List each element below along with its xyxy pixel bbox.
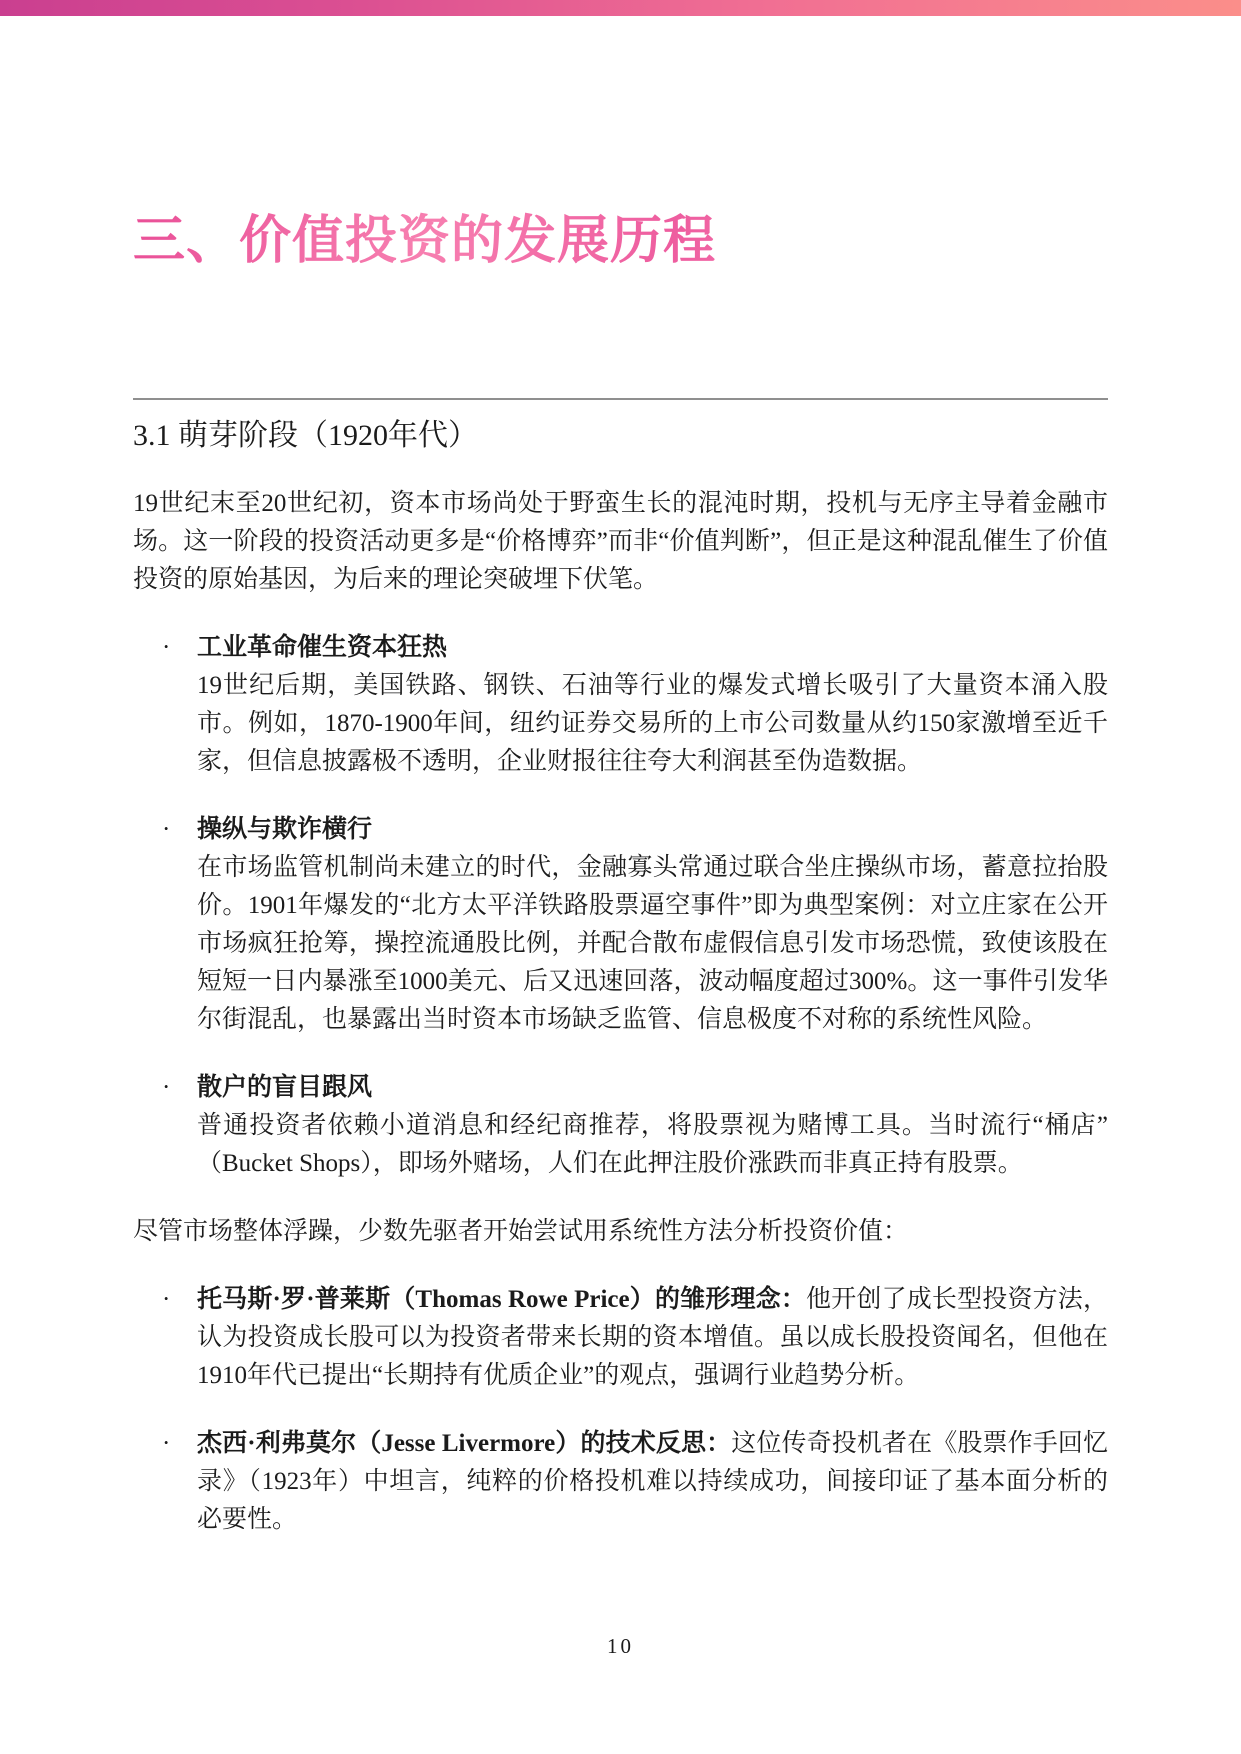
- bullet-marker: ·: [133, 1425, 197, 1539]
- pioneer-paragraph: 托马斯·罗·普莱斯（Thomas Rowe Price）的雏形理念：他开创了成长…: [197, 1281, 1108, 1395]
- list-item: · 托马斯·罗·普莱斯（Thomas Rowe Price）的雏形理念：他开创了…: [133, 1281, 1108, 1395]
- pioneer-name-lead: 托马斯·罗·普莱斯（Thomas Rowe Price）的雏形理念：: [197, 1286, 806, 1313]
- chapter-title: 三、价值投资的发展历程: [133, 212, 1108, 272]
- pioneer-name-lead: 杰西·利弗莫尔（Jesse Livermore）的技术反思：: [197, 1430, 731, 1457]
- list-item-content: 工业革命催生资本狂热 19世纪后期，美国铁路、钢铁、石油等行业的爆发式增长吸引了…: [197, 629, 1108, 781]
- bullet-marker: ·: [133, 811, 197, 1039]
- list-item-title: 散户的盲目跟风: [197, 1069, 1108, 1107]
- list-item-title: 操纵与欺诈横行: [197, 811, 1108, 849]
- list-item: · 工业革命催生资本狂热 19世纪后期，美国铁路、钢铁、石油等行业的爆发式增长吸…: [133, 629, 1108, 781]
- list-item-body: 普通投资者依赖小道消息和经纪商推荐，将股票视为赌博工具。当时流行“桶店”（Buc…: [197, 1107, 1108, 1183]
- list-item-content: 操纵与欺诈横行 在市场监管机制尚未建立的时代，金融寡头常通过联合坐庄操纵市场，蓄…: [197, 811, 1108, 1039]
- bullet-marker: ·: [133, 1281, 197, 1395]
- intro-paragraph: 19世纪末至20世纪初，资本市场尚处于野蛮生长的混沌时期，投机与无序主导着金融市…: [133, 485, 1108, 599]
- bullet-marker: ·: [133, 629, 197, 781]
- list-item-content: 托马斯·罗·普莱斯（Thomas Rowe Price）的雏形理念：他开创了成长…: [197, 1281, 1108, 1395]
- pioneer-paragraph: 杰西·利弗莫尔（Jesse Livermore）的技术反思：这位传奇投机者在《股…: [197, 1425, 1108, 1539]
- page-top-accent-bar: [0, 0, 1241, 16]
- list-item-body: 19世纪后期，美国铁路、钢铁、石油等行业的爆发式增长吸引了大量资本涌入股市。例如…: [197, 667, 1108, 781]
- list-item-body: 在市场监管机制尚未建立的时代，金融寡头常通过联合坐庄操纵市场，蓄意拉抬股价。19…: [197, 849, 1108, 1039]
- section-heading: 3.1 萌芽阶段（1920年代）: [133, 416, 1108, 455]
- list-item-content: 散户的盲目跟风 普通投资者依赖小道消息和经纪商推荐，将股票视为赌博工具。当时流行…: [197, 1069, 1108, 1183]
- document-page: 三、价值投资的发展历程 3.1 萌芽阶段（1920年代） 19世纪末至20世纪初…: [0, 0, 1241, 1539]
- transition-paragraph: 尽管市场整体浮躁，少数先驱者开始尝试用系统性方法分析投资价值：: [133, 1213, 1108, 1251]
- page-content: 三、价值投资的发展历程 3.1 萌芽阶段（1920年代） 19世纪末至20世纪初…: [0, 212, 1241, 1539]
- page-number: 10: [0, 1634, 1241, 1659]
- pioneers-list: · 托马斯·罗·普莱斯（Thomas Rowe Price）的雏形理念：他开创了…: [133, 1281, 1108, 1539]
- bullet-marker: ·: [133, 1069, 197, 1183]
- list-item: · 散户的盲目跟风 普通投资者依赖小道消息和经纪商推荐，将股票视为赌博工具。当时…: [133, 1069, 1108, 1183]
- list-item: · 操纵与欺诈横行 在市场监管机制尚未建立的时代，金融寡头常通过联合坐庄操纵市场…: [133, 811, 1108, 1039]
- list-item: · 杰西·利弗莫尔（Jesse Livermore）的技术反思：这位传奇投机者在…: [133, 1425, 1108, 1539]
- list-item-title: 工业革命催生资本狂热: [197, 629, 1108, 667]
- section-divider-line: [133, 398, 1108, 400]
- list-item-content: 杰西·利弗莫尔（Jesse Livermore）的技术反思：这位传奇投机者在《股…: [197, 1425, 1108, 1539]
- era-characteristics-list: · 工业革命催生资本狂热 19世纪后期，美国铁路、钢铁、石油等行业的爆发式增长吸…: [133, 629, 1108, 1183]
